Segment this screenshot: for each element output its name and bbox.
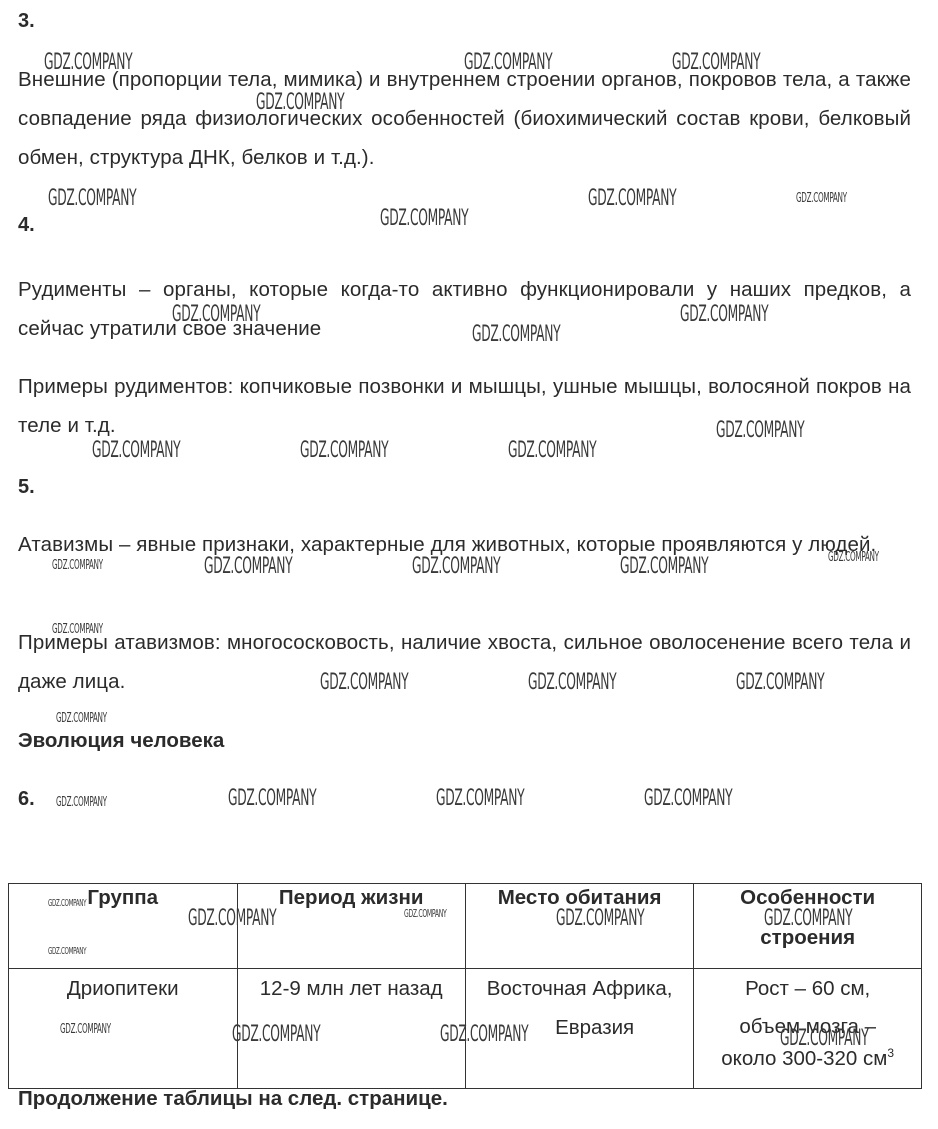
watermark: GDZ.COMPANY [188,906,276,931]
header-features-line2: строения [694,928,921,948]
watermark: GDZ.COMPANY [48,946,86,957]
header-group-label: Группа [9,888,237,908]
section-heading: Эволюция человека [18,729,224,753]
question-number-5: 5. [18,476,35,499]
watermark: GDZ.COMPANY [736,670,824,695]
watermark: GDZ.COMPANY [44,50,132,75]
watermark: GDZ.COMPANY [412,554,500,579]
watermark: GDZ.COMPANY [440,1022,528,1047]
watermark: GDZ.COMPANY [320,670,408,695]
cell-habitat-line1: Восточная Африка, [466,969,694,1008]
watermark: GDZ.COMPANY [52,622,103,637]
table-continued-note: Продолжение таблицы на след. странице. [18,1087,448,1111]
header-period-label: Период жизни [238,888,465,908]
cell-group: Дриопитеки [9,969,238,1089]
superscript-cubed: 3 [887,1046,894,1060]
question-number-3: 3. [18,10,35,33]
watermark: GDZ.COMPANY [588,186,676,211]
cell-period-value: 12-9 млн лет назад [238,969,465,1008]
watermark: GDZ.COMPANY [464,50,552,75]
watermark: GDZ.COMPANY [716,418,804,443]
watermark: GDZ.COMPANY [232,1022,320,1047]
header-features-line1: Особенности [694,888,921,908]
watermark: GDZ.COMPANY [404,907,446,920]
watermark: GDZ.COMPANY [92,438,180,463]
watermark: GDZ.COMPANY [204,554,292,579]
watermark: GDZ.COMPANY [644,786,732,811]
watermark: GDZ.COMPANY [528,670,616,695]
watermark: GDZ.COMPANY [680,302,768,327]
watermark: GDZ.COMPANY [172,302,260,327]
header-habitat-label: Место обитания [466,888,694,908]
watermark: GDZ.COMPANY [620,554,708,579]
question-number-6: 6. [18,788,35,811]
watermark: GDZ.COMPANY [508,438,596,463]
watermark: GDZ.COMPANY [436,786,524,811]
watermark: GDZ.COMPANY [56,795,107,810]
watermark: GDZ.COMPANY [300,438,388,463]
watermark: GDZ.COMPANY [472,322,560,347]
watermark: GDZ.COMPANY [380,206,468,231]
watermark: GDZ.COMPANY [256,90,344,115]
watermark: GDZ.COMPANY [828,550,879,565]
cell-features-line1: Рост – 60 см, [694,969,921,1008]
watermark: GDZ.COMPANY [796,191,847,206]
watermark: GDZ.COMPANY [52,558,103,573]
question-number-4: 4. [18,214,35,237]
answer-4-definition: Рудименты – органы, которые когда-то акт… [18,270,911,348]
watermark: GDZ.COMPANY [556,906,644,931]
watermark: GDZ.COMPANY [48,898,86,909]
watermark: GDZ.COMPANY [780,1026,868,1051]
cell-group-value: Дриопитеки [9,969,237,1008]
watermark: GDZ.COMPANY [228,786,316,811]
answer-3-text: Внешние (пропорции тела, мимика) и внутр… [18,60,911,177]
watermark: GDZ.COMPANY [48,186,136,211]
watermark: GDZ.COMPANY [672,50,760,75]
watermark: GDZ.COMPANY [60,1022,111,1037]
watermark: GDZ.COMPANY [56,711,107,726]
watermark: GDZ.COMPANY [764,906,852,931]
